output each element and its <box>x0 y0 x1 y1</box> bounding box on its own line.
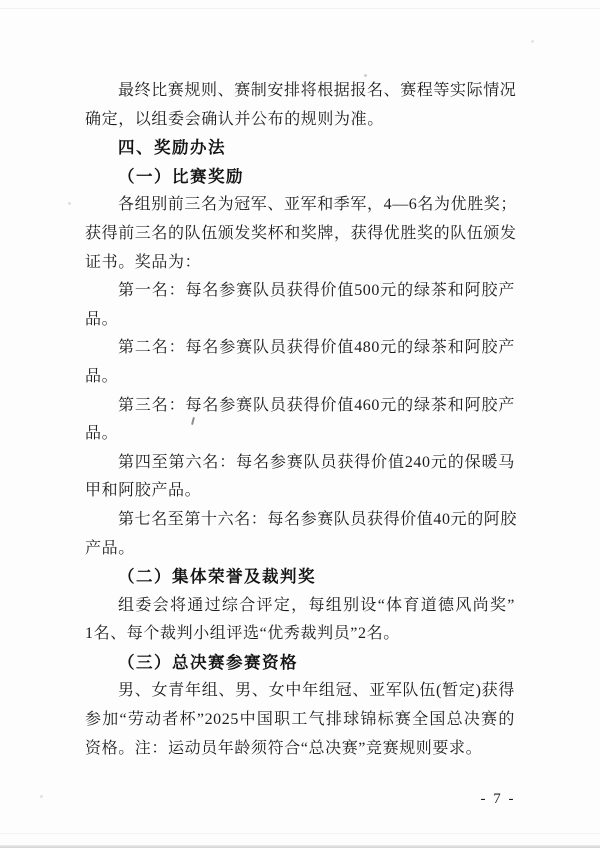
paragraph-line: 第二名：每名参赛队员获得价值480元的绿茶和阿胶产 <box>85 334 515 363</box>
paragraph-line: 获得前三名的队伍颁发奖杯和奖牌，获得优胜奖的队伍颁发 <box>85 220 515 249</box>
paragraph-line: 各组别前三名为冠军、亚军和季军，4—6名为优胜奖； <box>85 191 515 220</box>
paragraph-line: 资格。注：运动员年龄须符合“总决赛”竞赛规则要求。 <box>85 735 515 764</box>
paragraph-line: 1名、每个裁判小组评选“优秀裁判员”2名。 <box>85 620 515 649</box>
paragraph-line: 组委会将通过综合评定，每组别设“体育道德风尚奖” <box>85 592 515 621</box>
paragraph-line: 品。 <box>85 306 515 335</box>
paragraph-line: 证书。奖品为： <box>85 249 515 278</box>
paragraph-line: 第四至第六名：每名参赛队员获得价值240元的保暖马 <box>85 449 515 478</box>
paragraph-line: 第一名：每名参赛队员获得价值500元的绿茶和阿胶产 <box>85 277 515 306</box>
paragraph-line: 第三名：每名参赛队员获得价值460元的绿茶和阿胶产 <box>85 392 515 421</box>
paragraph-line: 第七名至第十六名：每名参赛队员获得价值40元的阿胶 <box>85 506 515 535</box>
page-number: - 7 - <box>462 791 534 808</box>
scan-speck <box>364 74 367 77</box>
subsection-heading: （三）总决赛参赛资格 <box>85 649 515 678</box>
scan-speck <box>68 202 71 205</box>
section-heading: 四、奖励办法 <box>85 134 515 163</box>
paragraph-line: 最终比赛规则、赛制安排将根据报名、赛程等实际情况 <box>85 77 515 106</box>
subsection-heading: （二）集体荣誉及裁判奖 <box>85 563 515 592</box>
text-block: 最终比赛规则、赛制安排将根据报名、赛程等实际情况 确定，以组委会确认并公布的规则… <box>85 77 515 763</box>
paragraph-line: 品。 <box>85 363 515 392</box>
scan-speck <box>531 40 534 43</box>
paragraph-line: 品。 <box>85 420 515 449</box>
paragraph-line: 甲和阿胶产品。 <box>85 477 515 506</box>
paragraph-line: 确定，以组委会确认并公布的规则为准。 <box>85 106 515 135</box>
paragraph-line: 参加“劳动者杯”2025中国职工气排球锦标赛全国总决赛的 <box>85 706 515 735</box>
paragraph-line: 男、女青年组、男、女中年组冠、亚军队伍(暂定)获得 <box>85 677 515 706</box>
scan-edge-top <box>0 8 600 9</box>
document-page: 最终比赛规则、赛制安排将根据报名、赛程等实际情况 确定，以组委会确认并公布的规则… <box>0 0 600 848</box>
subsection-heading: （一）比赛奖励 <box>85 163 515 192</box>
paragraph-line: 产品。 <box>85 535 515 564</box>
scan-edge-faint-line <box>0 833 600 834</box>
scan-speck <box>40 795 43 798</box>
